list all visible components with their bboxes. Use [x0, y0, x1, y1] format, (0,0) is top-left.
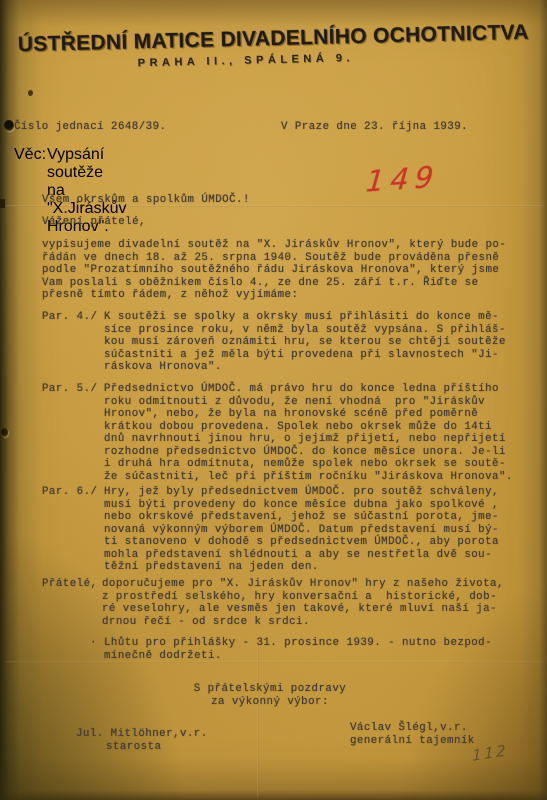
signature-left-title: starosta [76, 741, 208, 754]
signature-right: Václav Šlégl,v.r. generální tajemník [350, 722, 475, 747]
punch-hole [4, 120, 14, 131]
signature-left: Jul. Mitlöhner,v.r. starosta [76, 728, 208, 753]
deadline-note: · Lhůtu pro přihlášky - 31. prosince 193… [90, 637, 118, 662]
paper-crease [6, 661, 543, 663]
paragraph-5-text: Předsednictvo ÚMDOČ. má právo hru do kon… [104, 383, 166, 483]
paragraph-6: Par. 6./ Hry, jež byly předsednictvem ÚM… [42, 486, 166, 574]
closing-block: S přátelskými pozdravy za výkonný výbor: [150, 683, 390, 708]
paragraph-6-label: Par. 6./ [42, 486, 104, 574]
addressee-line: Všem okrskům a spolkům ÚMDOČ.! [42, 194, 250, 207]
greeting-line: Vážení přátelé, [42, 216, 146, 229]
closing-committee: za výkonný výbor: [150, 696, 390, 709]
paragraph-5: Par. 5./ Předsednictvo ÚMDOČ. má právo h… [42, 383, 166, 483]
paragraph-4-text: K soutěži se spolky a okrsky musí přihlá… [104, 311, 166, 374]
recommendation-label: Přátelé, [42, 578, 102, 628]
pencil-annotation: 112 [472, 741, 508, 765]
deadline-text: Lhůtu pro přihlášky - 31. prosince 1939.… [104, 637, 118, 662]
paper-speck [0, 199, 5, 208]
signature-right-name: Václav Šlégl,v.r. [350, 722, 475, 735]
letterhead: ÚSTŘEDNÍ MATICE DIVADELNÍHO OCHOTNICTVA … [8, 21, 540, 73]
scanned-letter-page: ÚSTŘEDNÍ MATICE DIVADELNÍHO OCHOTNICTVA … [0, 0, 547, 800]
deadline-bullet: · [90, 637, 104, 662]
paragraph-5-label: Par. 5./ [42, 383, 104, 483]
signature-right-title: generální tajemník [350, 735, 475, 748]
intro-paragraph: vypisujeme divadelní soutěž na "X. Jirás… [42, 239, 506, 302]
paper-crease [257, 640, 259, 798]
recommendation-text: doporučujeme pro "X. Jiráskův Hronov" hr… [102, 578, 162, 628]
filing-number-stamp: 149 [365, 159, 441, 198]
paragraph-4: Par. 4./ K soutěži se spolky a okrsky mu… [42, 311, 166, 374]
paragraph-4-label: Par. 4./ [42, 311, 104, 374]
reference-number: Číslo jednací 2648/39. [14, 121, 166, 134]
place-and-date: V Praze dne 23. října 1939. [281, 121, 468, 134]
paragraph-6-text: Hry, jež byly předsednictvem ÚMDOČ. pro … [104, 486, 166, 574]
punch-hole [1, 428, 8, 437]
closing-greeting: S přátelskými pozdravy [150, 683, 390, 696]
paper-speck [28, 90, 33, 96]
signature-left-name: Jul. Mitlöhner,v.r. [76, 728, 208, 741]
recommendation-paragraph: Přátelé, doporučujeme pro "X. Jiráskův H… [42, 578, 162, 628]
